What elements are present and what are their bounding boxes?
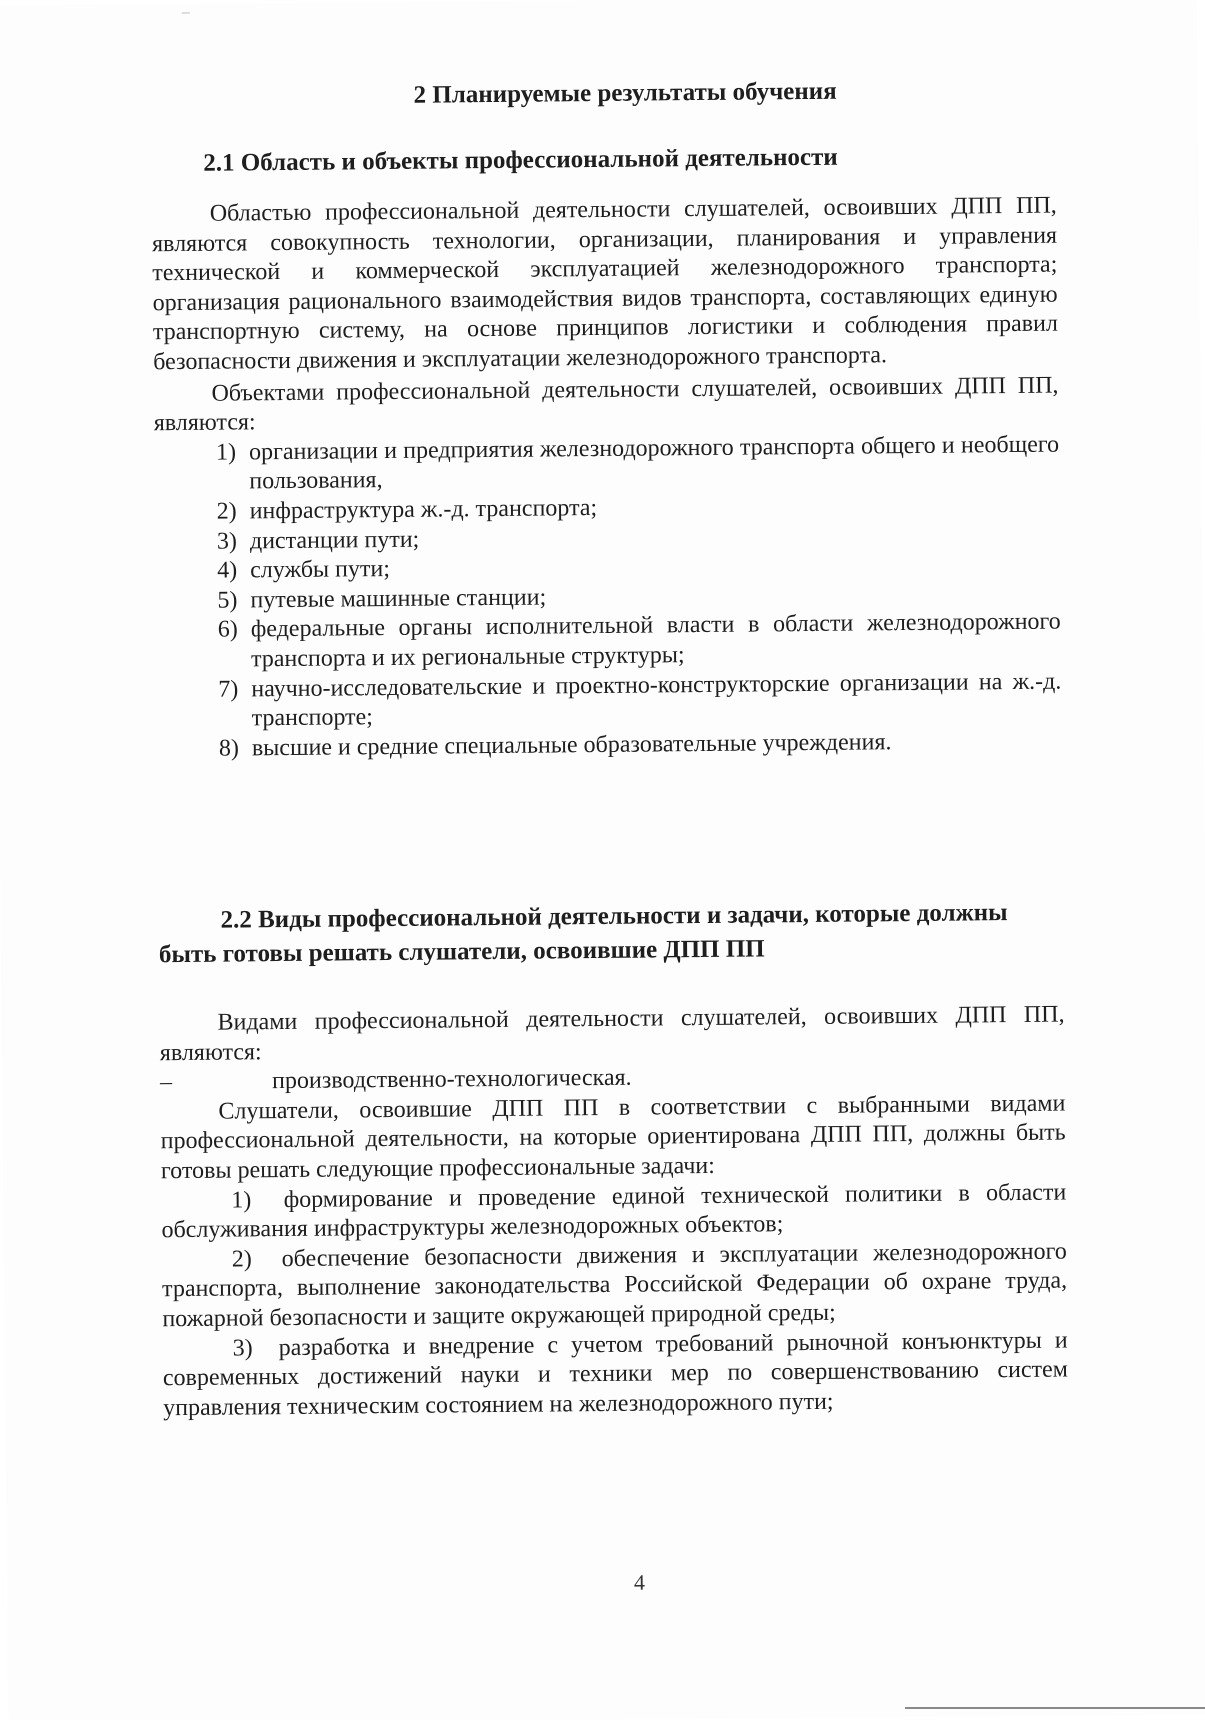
paragraph-objects-intro: Объектами профессиональной деятельности … <box>153 371 1059 439</box>
task-item: 2) обеспечение безопасности движения и э… <box>162 1237 1068 1334</box>
list-item: 6)федеральные органы исполнительной влас… <box>156 608 1062 676</box>
scan-edge-line <box>905 1707 1205 1709</box>
paragraph-activity-types: Видами профессиональной деятельности слу… <box>159 1001 1065 1069</box>
paragraph-field-of-activity: Областью профессиональной деятельности с… <box>152 192 1059 378</box>
task-item: 3) разработка и внедрение с учетом требо… <box>163 1326 1069 1423</box>
list-item: 7)научно-исследовательские и проектно-ко… <box>156 667 1062 735</box>
page-title: 2 Планируемые результаты обучения <box>0 74 1198 114</box>
page-number: 4 <box>7 1564 1205 1602</box>
section-2-2-body: Видами профессиональной деятельности слу… <box>159 1001 1068 1424</box>
scan-artifact <box>182 12 190 14</box>
objects-list: 1)организации и предприятия железнодорож… <box>154 430 1062 764</box>
task-item: 1) формирование и проведение единой техн… <box>161 1178 1067 1246</box>
list-item: 1)организации и предприятия железнодорож… <box>154 430 1060 498</box>
section-heading-2-2: 2.2 Виды профессиональной деятельности и… <box>158 896 1064 973</box>
section-heading-2-1: 2.1 Область и объекты профессиональной д… <box>203 144 838 178</box>
section-2-1-body: Областью профессиональной деятельности с… <box>152 192 1062 765</box>
paragraph-tasks-intro: Слушатели, освоившие ДПП ПП в соответств… <box>160 1089 1066 1186</box>
document-page: 2 Планируемые результаты обучения 2.1 Об… <box>0 0 1205 1720</box>
